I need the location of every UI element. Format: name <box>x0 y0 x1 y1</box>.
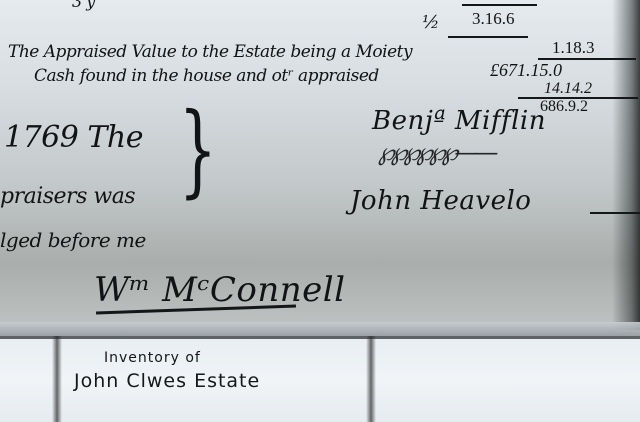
date-line: 1769 The <box>4 120 143 155</box>
cover-label-line-2: John Clwes Estate <box>74 370 260 392</box>
crease-mid <box>366 336 376 422</box>
fold-band <box>0 322 640 336</box>
fraction-note: ½ <box>422 12 439 33</box>
ledger-value-total: 686.9.2 <box>540 98 588 116</box>
signature-heavelo-tail <box>590 212 640 214</box>
brace-mark: } <box>179 100 217 200</box>
ledger-value-cash: 14.14.2 <box>544 80 592 98</box>
ledger-line-2: Cash found in the house and otʳ appraise… <box>34 66 379 86</box>
top-fragment-text: 3 y <box>72 0 95 11</box>
crease-left <box>52 336 62 422</box>
ledger-value-half: 3.16.6 <box>472 9 515 29</box>
left-line-2: praisers was <box>0 184 135 209</box>
signature-mcconnell: Wᵐ MᶜConnell <box>94 270 346 310</box>
cover-label-line-1: Inventory of <box>104 350 201 366</box>
ledger-value-appraised: £671.15.0 <box>490 60 562 81</box>
ledger-top-rule <box>462 4 537 6</box>
ledger-rule-1 <box>448 36 528 38</box>
signature-mifflin: Benjª Mifflin <box>372 106 546 136</box>
signature-flourish: ℘℘℘℘℘℘—— <box>378 138 494 166</box>
ledger-line-1: The Appraised Value to the Estate being … <box>8 42 412 62</box>
left-line-3: lged before me <box>0 228 146 252</box>
signature-heavelo: John Heavelo <box>350 186 531 216</box>
ledger-value-moiety: 1.18.3 <box>552 38 595 58</box>
